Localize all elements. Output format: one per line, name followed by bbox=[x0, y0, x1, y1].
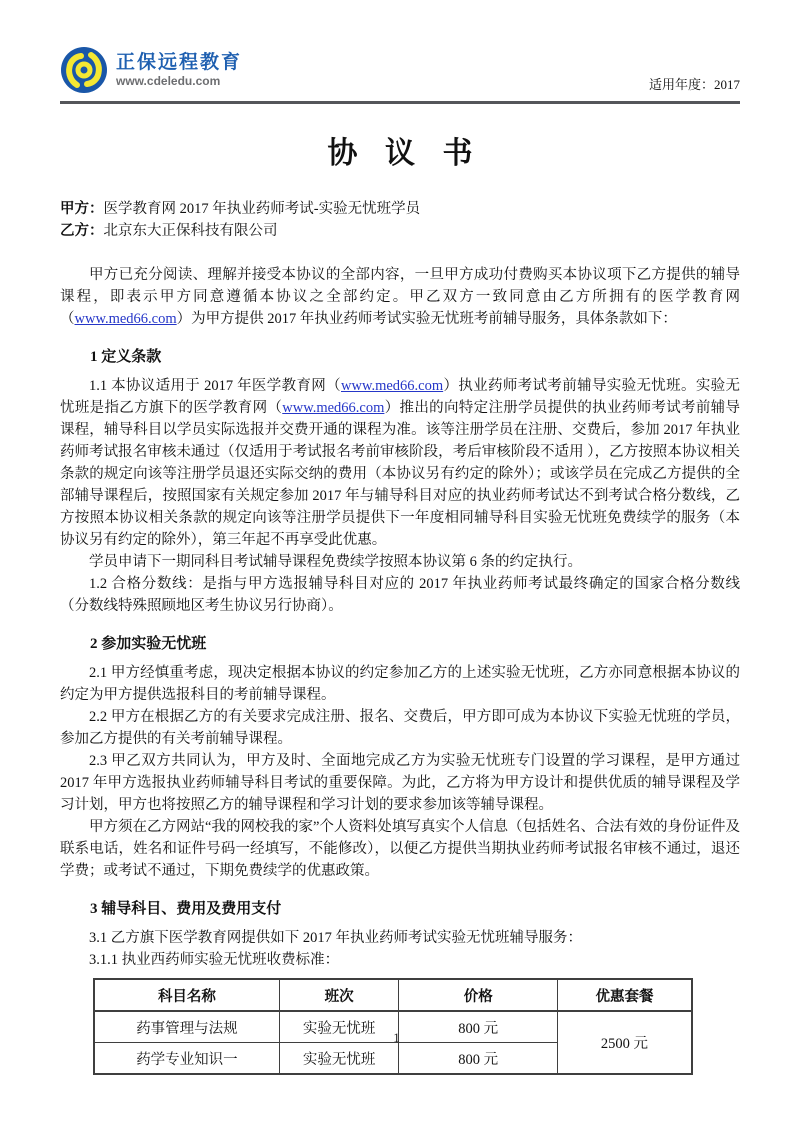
page-number: 1 bbox=[0, 1030, 793, 1046]
col-header-package: 优惠套餐 bbox=[557, 979, 692, 1011]
med66-link[interactable]: www.med66.com bbox=[75, 311, 177, 327]
clause-2-2: 2.2 甲方在根据乙方的有关要求完成注册、报名、交费后，甲方即可成为本协议下实验… bbox=[60, 706, 740, 750]
section-3-heading: 3 辅导科目、费用及费用支付 bbox=[60, 897, 740, 918]
clause-1-1-text-3: ）推出的向特定注册学员提供的执业药师考试考前辅导课程，辅导科目以学员实际选报并交… bbox=[60, 400, 740, 548]
clause-renewal: 学员申请下一期同科目考试辅导课程免费续学按照本协议第 6 条的约定执行。 bbox=[60, 551, 740, 573]
party-a-label: 甲方： bbox=[60, 201, 104, 217]
intro-text-2: ）为甲方提供 2017 年执业药师考试实验无忧班考前辅导服务，具体条款如下： bbox=[177, 311, 677, 327]
cell-subject: 药学专业知识一 bbox=[94, 1043, 279, 1075]
cell-price: 800 元 bbox=[399, 1043, 557, 1075]
company-logo-icon bbox=[60, 46, 108, 94]
brand-name: 正保远程教育 bbox=[116, 52, 242, 74]
page-title: 协 议 书 bbox=[60, 128, 740, 172]
col-header-subject: 科目名称 bbox=[94, 979, 279, 1011]
clause-3-1: 3.1 乙方旗下医学教育网提供如下 2017 年执业药师考试实验无忧班辅导服务： bbox=[60, 927, 740, 949]
clause-2-4: 甲方须在乙方网站“我的网校我的家”个人资料处填写真实个人信息（包括姓名、合法有效… bbox=[60, 816, 740, 882]
parties-block: 甲方：医学教育网 2017 年执业药师考试-实验无忧班学员 乙方：北京东大正保科… bbox=[60, 198, 740, 242]
document-page: 正保远程教育 www.cdeledu.com 适用年度：2017 协 议 书 甲… bbox=[0, 0, 793, 1122]
table-header-row: 科目名称 班次 价格 优惠套餐 bbox=[94, 979, 692, 1011]
intro-paragraph: 甲方已充分阅读、理解并接受本协议的全部内容，一旦甲方成功付费购买本协议项下乙方提… bbox=[60, 264, 740, 330]
med66-link[interactable]: www.med66.com bbox=[341, 378, 443, 394]
clause-1-1: 1.1 本协议适用于 2017 年医学教育网（www.med66.com）执业药… bbox=[60, 375, 740, 551]
brand-text-block: 正保远程教育 www.cdeledu.com bbox=[116, 52, 242, 89]
party-b-value: 北京东大正保科技有限公司 bbox=[104, 223, 278, 239]
col-header-class: 班次 bbox=[279, 979, 399, 1011]
clause-1-1-text-1: 1.1 本协议适用于 2017 年医学教育网（ bbox=[89, 378, 341, 394]
med66-link[interactable]: www.med66.com bbox=[282, 400, 384, 416]
cell-class: 实验无忧班 bbox=[279, 1043, 399, 1075]
section-1-heading: 1 定义条款 bbox=[60, 345, 740, 366]
party-a-value: 医学教育网 2017 年执业药师考试-实验无忧班学员 bbox=[104, 201, 421, 217]
clause-1-2: 1.2 合格分数线：是指与甲方选报辅导科目对应的 2017 年执业药师考试最终确… bbox=[60, 573, 740, 617]
applicable-year-label: 适用年度：2017 bbox=[649, 74, 740, 94]
company-logo: 正保远程教育 www.cdeledu.com bbox=[60, 46, 242, 94]
party-b-label: 乙方： bbox=[60, 223, 104, 239]
clause-2-3: 2.3 甲乙双方共同认为，甲方及时、全面地完成乙方为实验无忧班专门设置的学习课程… bbox=[60, 750, 740, 816]
clause-2-1: 2.1 甲方经慎重考虑，现决定根据本协议的约定参加乙方的上述实验无忧班，乙方亦同… bbox=[60, 662, 740, 706]
col-header-price: 价格 bbox=[399, 979, 557, 1011]
pricing-table: 科目名称 班次 价格 优惠套餐 药事管理与法规 实验无忧班 800 元 2500… bbox=[93, 978, 693, 1075]
party-a-line: 甲方：医学教育网 2017 年执业药师考试-实验无忧班学员 bbox=[60, 198, 740, 220]
clause-3-1-1: 3.1.1 执业西药师实验无忧班收费标准： bbox=[60, 949, 740, 971]
brand-url: www.cdeledu.com bbox=[116, 74, 242, 89]
party-b-line: 乙方：北京东大正保科技有限公司 bbox=[60, 220, 740, 242]
section-2-heading: 2 参加实验无忧班 bbox=[60, 632, 740, 653]
page-header: 正保远程教育 www.cdeledu.com 适用年度：2017 bbox=[60, 46, 740, 104]
